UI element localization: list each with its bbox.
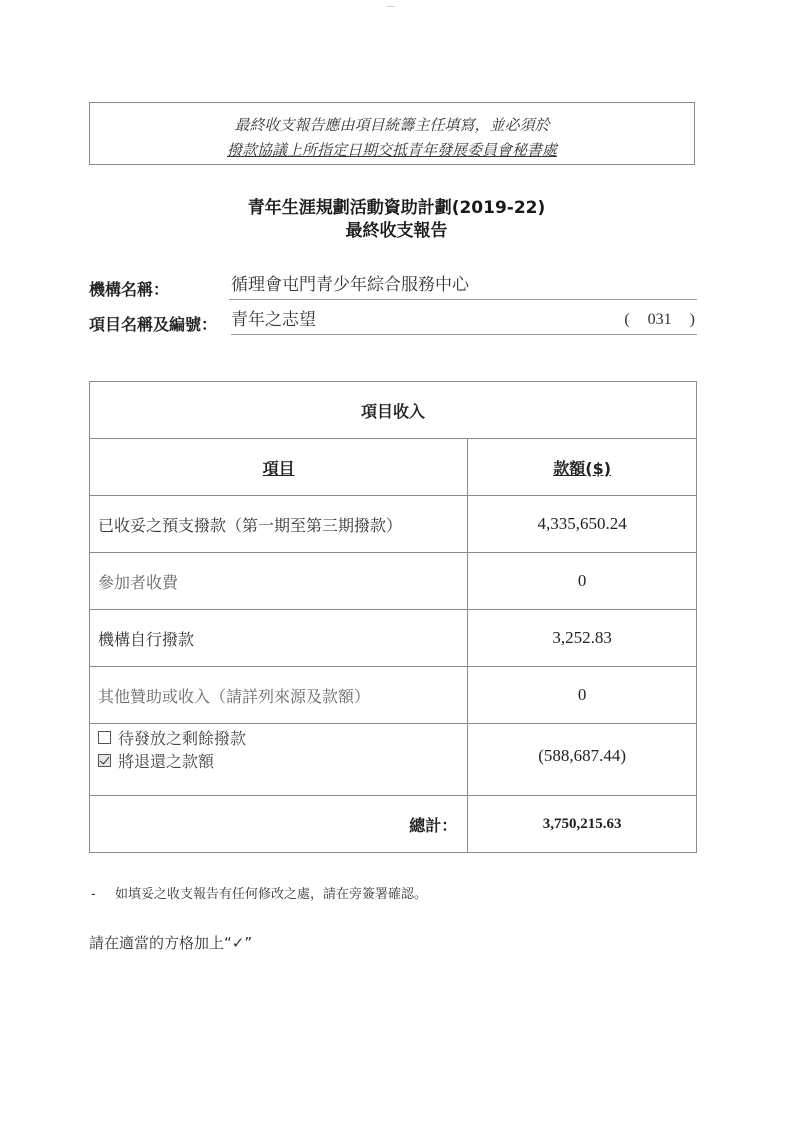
project-value-line: 青年之志望 (031) bbox=[231, 308, 697, 335]
option-refund-amount[interactable]: 將退還之款額 bbox=[98, 750, 467, 771]
project-code: (031) bbox=[624, 308, 695, 332]
option-remaining-grant[interactable]: 待發放之剩餘撥款 bbox=[98, 727, 467, 748]
table-row: 參加者收費 0 bbox=[90, 553, 697, 610]
option-label: 將退還之款額 bbox=[118, 749, 214, 772]
checkbox-checked-icon[interactable] bbox=[98, 754, 111, 767]
table-row: 其他贊助或收入（請詳列來源及款額） 0 bbox=[90, 667, 697, 724]
document-subtitle: 最終收支報告 bbox=[0, 216, 793, 241]
balance-options: 待發放之剩餘撥款 將退還之款額 bbox=[90, 724, 468, 796]
project-field: 項目名稱及編號： 青年之志望 (031) bbox=[89, 308, 697, 336]
row-amount: 0 bbox=[468, 667, 697, 724]
total-amount: 3,750,215.63 bbox=[468, 796, 697, 853]
option-label: 待發放之剩餘撥款 bbox=[118, 726, 246, 749]
project-code-open-paren: ( bbox=[624, 308, 629, 332]
column-header-item: 項目 bbox=[90, 439, 468, 496]
total-label: 總計： bbox=[90, 796, 468, 853]
table-row: 已收妥之預支撥款（第一期至第三期撥款） 4,335,650.24 bbox=[90, 496, 697, 553]
notice-line-1: 最終收支報告應由項目統籌主任填寫，並必須於 bbox=[90, 114, 694, 135]
project-code-number: 031 bbox=[648, 308, 672, 332]
balance-row: 待發放之剩餘撥款 將退還之款額 (588,687.44) bbox=[90, 724, 697, 796]
row-amount: 4,335,650.24 bbox=[468, 496, 697, 553]
row-amount: 3,252.83 bbox=[468, 610, 697, 667]
organization-value: 循理會屯門青少年綜合服務中心 bbox=[229, 273, 697, 300]
column-header-amount: 款額($) bbox=[468, 439, 697, 496]
project-code-close-paren: ) bbox=[690, 308, 695, 332]
notice-line-2: 撥款協議上所指定日期交抵青年發展委員會秘書處 bbox=[90, 139, 694, 160]
table-row: 機構自行撥款 3,252.83 bbox=[90, 610, 697, 667]
table-column-header-row: 項目 款額($) bbox=[90, 439, 697, 496]
note-bullet: - bbox=[91, 887, 115, 902]
table-section-header-row: 項目收入 bbox=[90, 382, 697, 439]
total-row: 總計： 3,750,215.63 bbox=[90, 796, 697, 853]
notice-box: 最終收支報告應由項目統籌主任填寫，並必須於 撥款協議上所指定日期交抵青年發展委員… bbox=[89, 102, 695, 165]
row-item: 機構自行撥款 bbox=[90, 610, 468, 667]
section-title: 項目收入 bbox=[90, 382, 697, 439]
checkbox-unchecked-icon[interactable] bbox=[98, 731, 111, 744]
balance-amount: (588,687.44) bbox=[468, 724, 697, 796]
row-item: 其他贊助或收入（請詳列來源及款額） bbox=[90, 667, 468, 724]
income-table: 項目收入 項目 款額($) 已收妥之預支撥款（第一期至第三期撥款） 4,335,… bbox=[89, 381, 697, 853]
row-item: 參加者收費 bbox=[90, 553, 468, 610]
project-label: 項目名稱及編號： bbox=[89, 312, 217, 335]
organization-label: 機構名稱： bbox=[89, 277, 169, 300]
project-name: 青年之志望 bbox=[231, 310, 316, 330]
row-item: 已收妥之預支撥款（第一期至第三期撥款） bbox=[90, 496, 468, 553]
organization-field: 機構名稱： 循理會屯門青少年綜合服務中心 bbox=[89, 273, 697, 301]
checkbox-instruction: 請在適當的方格加上“✓” bbox=[89, 932, 252, 953]
scan-artifact bbox=[387, 6, 395, 7]
document-title: 青年生涯規劃活動資助計劃(2019-22) bbox=[0, 193, 793, 218]
row-amount: 0 bbox=[468, 553, 697, 610]
note-text: 如填妥之收支報告有任何修改之處，請在旁簽署確認。 bbox=[115, 887, 427, 902]
amendment-note: -如填妥之收支報告有任何修改之處，請在旁簽署確認。 bbox=[91, 883, 427, 902]
